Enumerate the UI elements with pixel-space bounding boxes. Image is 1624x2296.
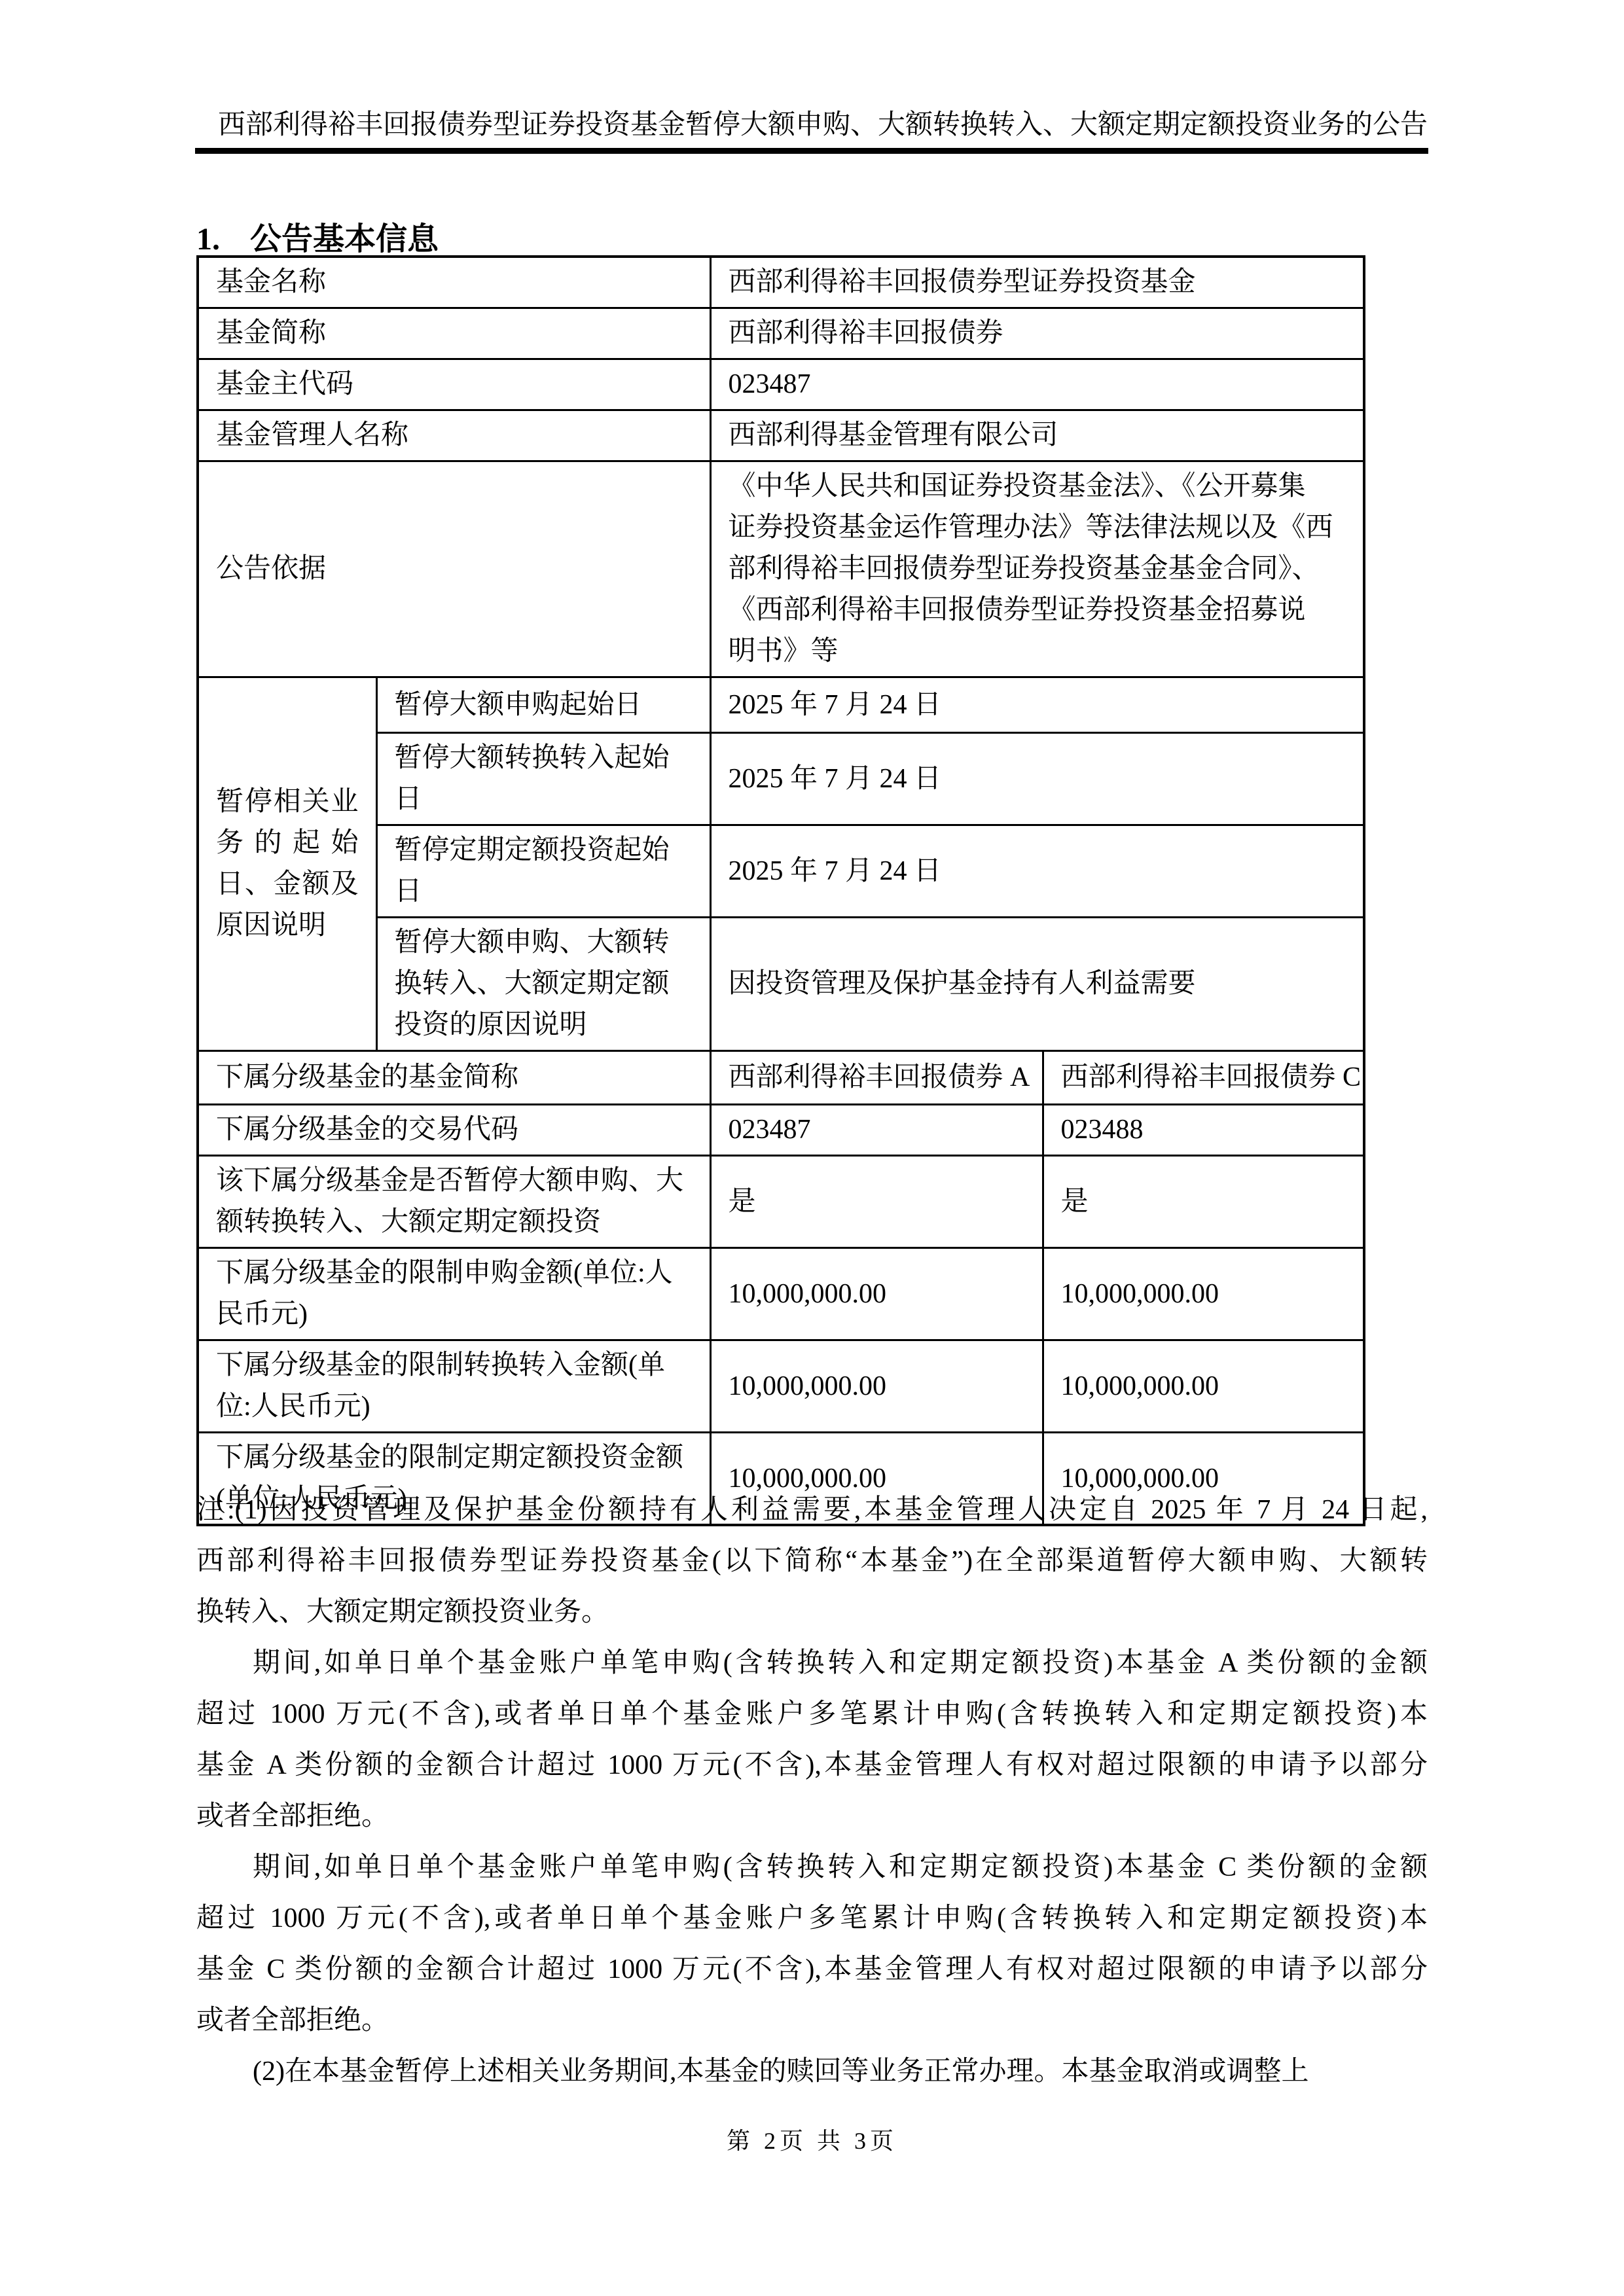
row-label: 暂停大额申购起始日 [376,677,710,733]
fund-info-table: 基金名称 西部利得裕丰回报债券型证券投资基金 基金简称 西部利得裕丰回报债券 基… [196,255,1365,1526]
row-label: 基金管理人名称 [198,410,710,461]
note-paragraph: 注:(1)因投资管理及保护基金份额持有人利益需要,本基金管理人决定自 2025 … [196,1484,1428,1638]
notes-section: 注:(1)因投资管理及保护基金份额持有人利益需要,本基金管理人决定自 2025 … [196,1484,1428,2097]
class-a-value: 10,000,000.00 [710,1340,1043,1433]
table-row: 基金管理人名称 西部利得基金管理有限公司 [198,410,1364,461]
class-a-value: 西部利得裕丰回报债券 A [710,1051,1043,1105]
row-label: 暂停大额申购、大额转换转入、大额定期定额投资的原因说明 [376,918,710,1051]
note-paragraph: (2)在本基金暂停上述相关业务期间,本基金的赎回等业务正常办理。本基金取消或调整… [196,2046,1428,2097]
section-heading: 1.公告基本信息 [196,221,439,258]
row-label: 下属分级基金的交易代码 [198,1105,710,1156]
row-value: 因投资管理及保护基金持有人利益需要 [710,918,1364,1051]
page-number: 第 2页 共 3页 [0,2123,1624,2156]
row-value: 西部利得基金管理有限公司 [710,410,1364,461]
suspend-group-label: 暂停相关业务的起始日、金额及原因说明 [198,677,376,1051]
row-value: 《中华人民共和国证券投资基金法》、《公开募集证券投资基金运作管理办法》等法律法规… [710,461,1364,677]
row-value: 023487 [710,359,1364,410]
row-value: 2025 年 7 月 24 日 [710,677,1364,733]
row-value: 西部利得裕丰回报债券 [710,308,1364,359]
row-label: 暂停大额转换转入起始日 [376,733,710,825]
row-label: 下属分级基金的限制转换转入金额(单位:人民币元) [198,1340,710,1433]
table-row: 下属分级基金的交易代码 023487 023488 [198,1105,1364,1156]
table-row: 基金主代码 023487 [198,359,1364,410]
class-a-value: 是 [710,1156,1043,1248]
note-paragraph: 期间,如单日单个基金账户单笔申购(含转换转入和定期定额投资)本基金 A 类份额的… [196,1638,1428,1842]
table-row: 该下属分级基金是否暂停大额申购、大额转换转入、大额定期定额投资 是 是 [198,1156,1364,1248]
class-c-value: 是 [1043,1156,1364,1248]
class-c-value: 023488 [1043,1105,1364,1156]
section-number: 1. [196,221,220,258]
table-row: 基金简称 西部利得裕丰回报债券 [198,308,1364,359]
row-value: 2025 年 7 月 24 日 [710,733,1364,825]
announcement-page: 西部利得裕丰回报债券型证券投资基金暂停大额申购、大额转换转入、大额定期定额投资业… [0,0,1624,2296]
page-header-title: 西部利得裕丰回报债券型证券投资基金暂停大额申购、大额转换转入、大额定期定额投资业… [193,105,1428,145]
row-label: 下属分级基金的基金简称 [198,1051,710,1105]
table-row: 下属分级基金的限制申购金额(单位:人民币元) 10,000,000.00 10,… [198,1248,1364,1340]
class-c-value: 10,000,000.00 [1043,1248,1364,1340]
class-c-value: 西部利得裕丰回报债券 C [1043,1051,1364,1105]
note-paragraph: 期间,如单日单个基金账户单笔申购(含转换转入和定期定额投资)本基金 C 类份额的… [196,1842,1428,2046]
row-value: 2025 年 7 月 24 日 [710,825,1364,918]
row-label: 该下属分级基金是否暂停大额申购、大额转换转入、大额定期定额投资 [198,1156,710,1248]
table-row: 下属分级基金的基金简称 西部利得裕丰回报债券 A 西部利得裕丰回报债券 C [198,1051,1364,1105]
row-label: 基金简称 [198,308,710,359]
row-label: 基金主代码 [198,359,710,410]
table-row: 暂停相关业务的起始日、金额及原因说明 暂停大额申购起始日 2025 年 7 月 … [198,677,1364,733]
class-a-value: 10,000,000.00 [710,1248,1043,1340]
row-label: 暂停定期定额投资起始日 [376,825,710,918]
table-row: 公告依据 《中华人民共和国证券投资基金法》、《公开募集证券投资基金运作管理办法》… [198,461,1364,677]
header-rule [195,148,1428,154]
row-label: 公告依据 [198,461,710,677]
table-row: 下属分级基金的限制转换转入金额(单位:人民币元) 10,000,000.00 1… [198,1340,1364,1433]
row-label: 基金名称 [198,257,710,308]
table-row: 基金名称 西部利得裕丰回报债券型证券投资基金 [198,257,1364,308]
row-value: 西部利得裕丰回报债券型证券投资基金 [710,257,1364,308]
class-c-value: 10,000,000.00 [1043,1340,1364,1433]
row-label: 下属分级基金的限制申购金额(单位:人民币元) [198,1248,710,1340]
class-a-value: 023487 [710,1105,1043,1156]
section-title: 公告基本信息 [250,222,439,257]
